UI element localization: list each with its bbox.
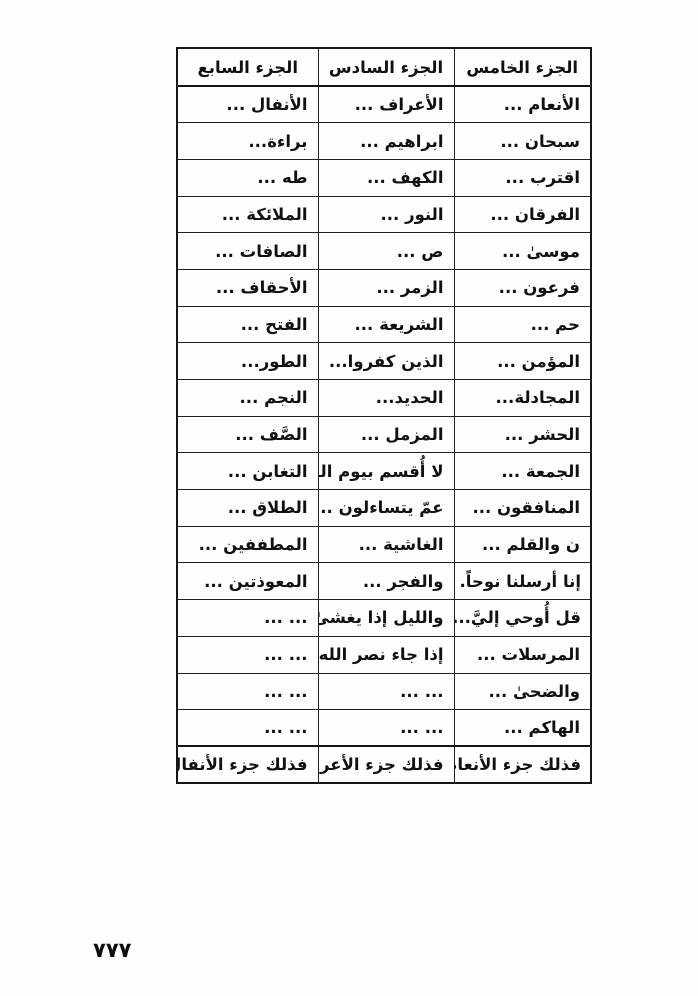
table-row: الأنعام ...الأعراف ...الأنفال ... bbox=[177, 86, 591, 123]
table-cell: ... ... bbox=[318, 673, 454, 710]
table-row: والضحىٰ ...... ...... ... bbox=[177, 673, 591, 710]
table-cell: الحشر ... bbox=[454, 416, 591, 453]
table-cell: ... ... bbox=[318, 710, 454, 747]
table-row: قل أُوحي إليَّ...والليل إذا يغشىٰ...... … bbox=[177, 600, 591, 637]
table-cell: المعوذتين ... bbox=[177, 563, 318, 600]
table-cell: الأنفال ... bbox=[177, 86, 318, 123]
table-cell: لا أُقسم بيوم القيامة bbox=[318, 453, 454, 490]
table-cell: الأنعام ... bbox=[454, 86, 591, 123]
table-row: إنا أرسلنا نوحاً. ..والفجر ...المعوذتين … bbox=[177, 563, 591, 600]
table-row: اقترب ...الكهف ...طه ... bbox=[177, 159, 591, 196]
table-row: المؤمن ...الذين كفروا...الطور... bbox=[177, 343, 591, 380]
table-row: ن والقلم ...الغاشية ...المطففين ... bbox=[177, 526, 591, 563]
table-row: المجادلة...الحديد...النجم ... bbox=[177, 380, 591, 417]
table-cell: الجمعة ... bbox=[454, 453, 591, 490]
table-cell: الزمر ... bbox=[318, 269, 454, 306]
table-cell: الأعراف ... bbox=[318, 86, 454, 123]
table-header-row: الجزء الخامس الجزء السادس الجزء السابع bbox=[177, 48, 591, 86]
table-cell: الصافات ... bbox=[177, 233, 318, 270]
table-cell: المؤمن ... bbox=[454, 343, 591, 380]
table-cell: إذا جاء نصر الله... bbox=[318, 636, 454, 673]
table-cell: الفتح ... bbox=[177, 306, 318, 343]
table-cell: اقترب ... bbox=[454, 159, 591, 196]
table-cell: الحديد... bbox=[318, 380, 454, 417]
table-row: فذلك جزء الأنعامفذلك جزء الأعراففذلك جزء… bbox=[177, 746, 591, 783]
table-cell: قل أُوحي إليَّ... bbox=[454, 600, 591, 637]
table-row: موسىٰ ...ص ...الصافات ... bbox=[177, 233, 591, 270]
table-cell: الطلاق ... bbox=[177, 490, 318, 527]
table-row: فرعون ...الزمر ...الأحقاف ... bbox=[177, 269, 591, 306]
table-cell: والفجر ... bbox=[318, 563, 454, 600]
table-cell: الذين كفروا... bbox=[318, 343, 454, 380]
table-cell: النجم ... bbox=[177, 380, 318, 417]
table-cell: النور ... bbox=[318, 196, 454, 233]
table-cell: حم ... bbox=[454, 306, 591, 343]
table-cell: براءة... bbox=[177, 123, 318, 160]
table-row: المرسلات ...إذا جاء نصر الله...... ... bbox=[177, 636, 591, 673]
table-cell: المنافقون ... bbox=[454, 490, 591, 527]
table-cell: الشريعة ... bbox=[318, 306, 454, 343]
table-cell: الطور... bbox=[177, 343, 318, 380]
quran-juz-table: الجزء الخامس الجزء السادس الجزء السابع ا… bbox=[176, 47, 592, 784]
table-cell: ... ... bbox=[177, 673, 318, 710]
table-cell: موسىٰ ... bbox=[454, 233, 591, 270]
table-cell: ... ... bbox=[177, 636, 318, 673]
table-cell: الأحقاف ... bbox=[177, 269, 318, 306]
table-cell: فذلك جزء الأعراف bbox=[318, 746, 454, 783]
table-cell: إنا أرسلنا نوحاً. .. bbox=[454, 563, 591, 600]
table-row: الفرقان ...النور ...الملائكة ... bbox=[177, 196, 591, 233]
table-row: سبحان ...ابراهيم ...براءة... bbox=[177, 123, 591, 160]
table-cell: المزمل ... bbox=[318, 416, 454, 453]
table-cell: فذلك جزء الأنعام bbox=[454, 746, 591, 783]
table-row: الجمعة ...لا أُقسم بيوم القيامةالتغابن .… bbox=[177, 453, 591, 490]
table-cell: الصَّف ... bbox=[177, 416, 318, 453]
table-cell: ص ... bbox=[318, 233, 454, 270]
table-cell: عمّ يتساءلون ... bbox=[318, 490, 454, 527]
document-page: الجزء الخامس الجزء السادس الجزء السابع ا… bbox=[0, 0, 698, 996]
table-row: المنافقون ...عمّ يتساءلون ...الطلاق ... bbox=[177, 490, 591, 527]
table-cell: الغاشية ... bbox=[318, 526, 454, 563]
page-number: ٧٧٧ bbox=[93, 938, 131, 962]
header-juz-7: الجزء السابع bbox=[177, 48, 318, 86]
table-cell: سبحان ... bbox=[454, 123, 591, 160]
table-cell: المرسلات ... bbox=[454, 636, 591, 673]
table-cell: الفرقان ... bbox=[454, 196, 591, 233]
table-cell: المجادلة... bbox=[454, 380, 591, 417]
table-cell: الهاكم ... bbox=[454, 710, 591, 747]
table-cell: الملائكة ... bbox=[177, 196, 318, 233]
table-row: الحشر ...المزمل ...الصَّف ... bbox=[177, 416, 591, 453]
table-cell: الكهف ... bbox=[318, 159, 454, 196]
table-cell: التغابن ... bbox=[177, 453, 318, 490]
table-cell: والليل إذا يغشىٰ... bbox=[318, 600, 454, 637]
table-cell: ن والقلم ... bbox=[454, 526, 591, 563]
table-cell: فرعون ... bbox=[454, 269, 591, 306]
table-row: الهاكم ...... ...... ... bbox=[177, 710, 591, 747]
table-row: حم ...الشريعة ...الفتح ... bbox=[177, 306, 591, 343]
table-cell: فذلك جزء الأنفال bbox=[177, 746, 318, 783]
table-cell: طه ... bbox=[177, 159, 318, 196]
table-cell: ... ... bbox=[177, 600, 318, 637]
table-cell: ... ... bbox=[177, 710, 318, 747]
table-cell: المطففين ... bbox=[177, 526, 318, 563]
header-juz-5: الجزء الخامس bbox=[454, 48, 591, 86]
header-juz-6: الجزء السادس bbox=[318, 48, 454, 86]
table-cell: والضحىٰ ... bbox=[454, 673, 591, 710]
table-cell: ابراهيم ... bbox=[318, 123, 454, 160]
